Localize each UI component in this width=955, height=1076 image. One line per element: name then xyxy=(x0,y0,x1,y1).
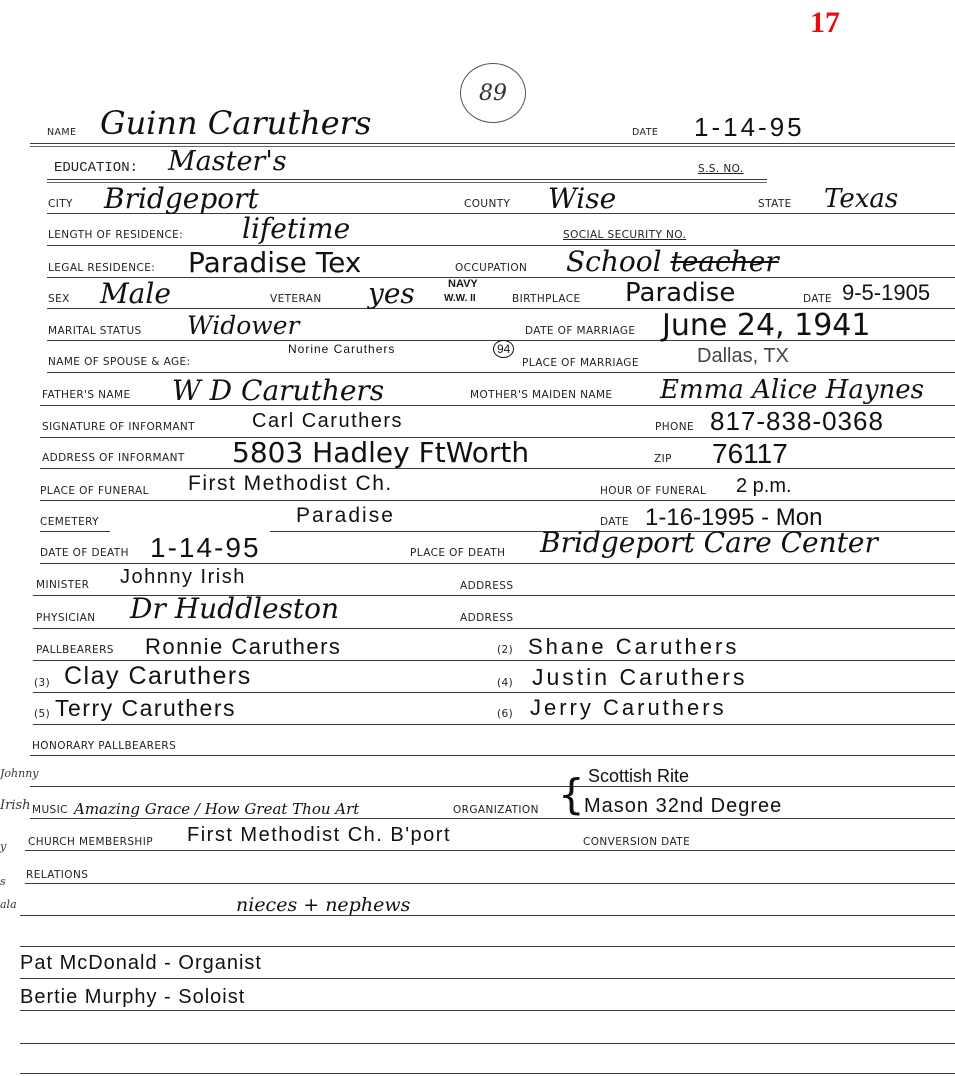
spouse-age-circled: 94 xyxy=(493,340,514,358)
fathers-name-label: Father's Name xyxy=(42,389,131,401)
rule-pallbearers-3 xyxy=(33,724,955,725)
date-of-death-value: 1-14-95 xyxy=(150,532,261,564)
organization-line2: Mason 32nd Degree xyxy=(584,795,782,818)
occupation-struck: teacher xyxy=(670,245,778,278)
rule-length xyxy=(47,245,955,246)
informant-address-value: 5803 Hadley FtWorth xyxy=(232,436,529,469)
hour-of-funeral-label: Hour of Funeral xyxy=(600,485,706,497)
ss-no-label: S.S. No. xyxy=(698,163,744,175)
music-label: Music xyxy=(32,804,68,816)
rule-church xyxy=(25,850,955,851)
date-of-marriage-label: Date of Marriage xyxy=(525,325,635,337)
rule-relations xyxy=(25,883,955,884)
veteran-war-note: W.W. II xyxy=(444,294,476,304)
zip-label: Zip xyxy=(654,453,672,465)
legal-residence-value: Paradise Tex xyxy=(188,246,361,279)
zip-value: 76117 xyxy=(712,438,788,470)
length-of-residence-label: Length of Residence: xyxy=(48,229,183,241)
rule-spouse xyxy=(47,372,955,373)
rule-legal xyxy=(47,277,955,278)
pallbearer-3-num: (3) xyxy=(34,677,50,689)
name-label: Name xyxy=(47,127,76,138)
social-security-label: Social Security No. xyxy=(563,229,686,241)
church-membership-value: First Methodist Ch. B'port xyxy=(187,824,451,847)
pallbearer-1: Ronnie Caruthers xyxy=(145,634,341,660)
occupation-label: Occupation xyxy=(455,262,527,274)
city-value: Bridgeport xyxy=(104,182,259,215)
rule-blank-2 xyxy=(20,946,955,947)
page-number: 17 xyxy=(810,6,840,40)
birth-date-label: Date xyxy=(803,293,832,305)
pallbearer-4: Justin Caruthers xyxy=(532,664,747,691)
phone-label: Phone xyxy=(655,421,694,433)
date-value: 1-14-95 xyxy=(694,112,805,143)
cemetery-value: Paradise xyxy=(296,504,395,528)
occupation-value: School teacher xyxy=(566,245,779,278)
place-of-death-value: Bridgeport Care Center xyxy=(540,526,878,559)
pallbearers-label: Pallbearers xyxy=(36,644,114,656)
birth-date-value: 9-5-1905 xyxy=(842,280,930,306)
hour-of-funeral-value: 2 p.m. xyxy=(736,475,792,498)
informant-address-label: Address of Informant xyxy=(42,452,185,464)
state-value: Texas xyxy=(824,184,898,214)
margin-note-1: Johnny xyxy=(0,767,39,780)
phone-value: 817-838-0368 xyxy=(710,406,884,437)
date-of-death-label: Date of Death xyxy=(40,547,129,559)
place-of-death-label: Place of Death xyxy=(410,547,505,559)
date-of-marriage-value: June 24, 1941 xyxy=(662,308,870,343)
date-label: Date xyxy=(632,127,658,138)
occupation-kept: School xyxy=(566,245,662,278)
relations-label: Relations xyxy=(26,869,88,881)
spouse-value: Norine Caruthers xyxy=(288,342,395,356)
city-label: City xyxy=(48,198,73,210)
note-soloist: Bertie Murphy - Soloist xyxy=(20,986,245,1009)
place-of-marriage-value: Dallas, TX xyxy=(697,345,789,368)
county-value: Wise xyxy=(548,182,616,215)
veteran-branch-note: NAVY xyxy=(448,279,478,289)
minister-address-label: Address xyxy=(460,580,513,592)
length-of-residence-value: lifetime xyxy=(242,212,350,245)
music-value: Amazing Grace / How Great Thou Art xyxy=(74,800,359,818)
rule-note-2 xyxy=(20,1010,955,1011)
sex-value: Male xyxy=(100,277,171,310)
place-of-funeral-value: First Methodist Ch. xyxy=(188,472,393,496)
marital-status-label: Marital Status xyxy=(48,325,142,337)
physician-label: Physician xyxy=(36,612,95,624)
rule-pallbearers-1 xyxy=(33,660,955,661)
pallbearer-5-num: (5) xyxy=(34,708,50,720)
physician-value: Dr Huddleston xyxy=(130,592,339,625)
place-of-funeral-label: Place of Funeral xyxy=(40,485,149,497)
pallbearer-6: Jerry Caruthers xyxy=(530,695,727,721)
record-number: 89 xyxy=(460,63,526,123)
informant-signature-value: Carl Caruthers xyxy=(252,410,403,433)
veteran-value: yes xyxy=(368,277,415,310)
place-of-marriage-label: Place of Marriage xyxy=(522,357,639,369)
birthplace-label: Birthplace xyxy=(512,293,581,305)
sex-label: Sex xyxy=(48,293,70,305)
legal-residence-label: Legal Residence: xyxy=(48,262,155,274)
cemetery-label: Cemetery xyxy=(40,516,99,528)
margin-note-5: ala xyxy=(0,898,17,911)
rule-note-1 xyxy=(20,978,955,979)
pallbearer-2: Shane Caruthers xyxy=(528,634,739,660)
education-label: Education: xyxy=(54,160,138,176)
organization-line1: Scottish Rite xyxy=(588,766,689,787)
fathers-name-value: W D Caruthers xyxy=(172,374,384,407)
rule-blank-3 xyxy=(20,1043,955,1044)
physician-address-label: Address xyxy=(460,612,513,624)
note-organist: Pat McDonald - Organist xyxy=(20,952,262,975)
honorary-pallbearers-label: Honorary Pallbearers xyxy=(32,740,176,752)
pallbearer-3: Clay Caruthers xyxy=(64,662,252,691)
mothers-maiden-name-value: Emma Alice Haynes xyxy=(660,375,924,405)
mothers-maiden-name-label: Mother's Maiden Name xyxy=(470,389,612,401)
informant-signature-label: Signature of Informant xyxy=(42,421,195,433)
rule-music xyxy=(30,818,955,819)
veteran-label: Veteran xyxy=(270,293,322,305)
pallbearer-4-num: (4) xyxy=(497,677,513,689)
state-label: State xyxy=(758,198,792,210)
relations-value: nieces + nephews xyxy=(236,894,410,916)
organization-label: Organization xyxy=(453,804,539,816)
spouse-age: 94 xyxy=(493,340,514,358)
rule-name xyxy=(30,143,955,144)
rule-blank-4 xyxy=(20,1073,955,1074)
minister-value: Johnny Irish xyxy=(120,566,246,589)
rule-education xyxy=(47,179,767,180)
birthplace-value: Paradise xyxy=(625,278,735,308)
margin-note-3: y xyxy=(0,840,6,853)
rule-physician xyxy=(33,628,955,629)
pallbearer-5: Terry Caruthers xyxy=(55,695,236,722)
margin-note-4: s xyxy=(0,875,6,888)
rule-pallbearers-2 xyxy=(33,692,955,693)
margin-note-2: Irish xyxy=(0,798,31,813)
spouse-label: Name of Spouse & Age: xyxy=(48,356,191,368)
rule-cemetery-label xyxy=(40,531,110,532)
rule-blank-1 xyxy=(30,786,955,787)
marital-status-value: Widower xyxy=(187,311,299,340)
minister-label: Minister xyxy=(36,579,89,591)
name-value: Guinn Caruthers xyxy=(100,104,371,142)
rule-honorary xyxy=(30,755,955,756)
county-label: County xyxy=(464,198,510,210)
conversion-date-label: Conversion Date xyxy=(583,836,690,848)
church-membership-label: Church Membership xyxy=(28,836,153,848)
pallbearer-2-num: (2) xyxy=(497,644,513,656)
rule-funeral xyxy=(40,500,955,501)
education-value: Master's xyxy=(168,146,287,177)
pallbearer-6-num: (6) xyxy=(497,708,513,720)
rule-relations-value xyxy=(20,915,955,916)
brace-mark: { xyxy=(558,770,585,819)
